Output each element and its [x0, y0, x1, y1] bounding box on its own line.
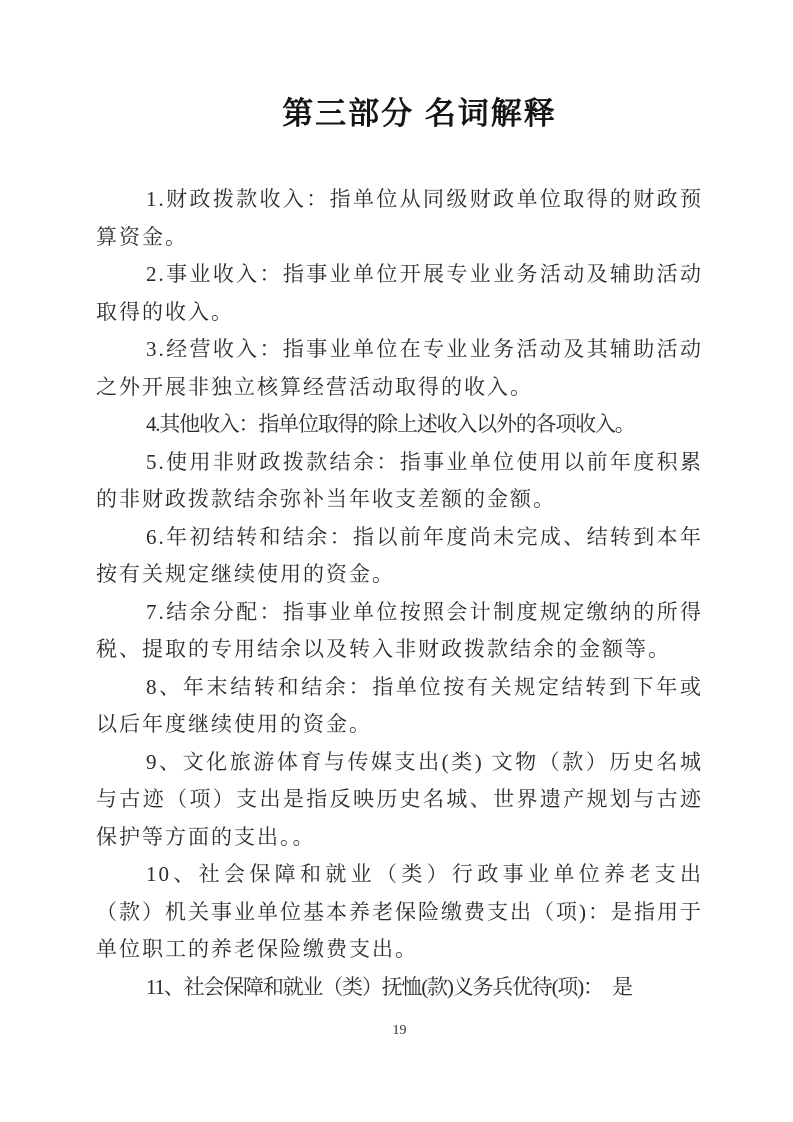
definition-paragraph-6: 6.年初结转和结余：指以前年度尚未完成、结转到本年按有关规定继续使用的资金。: [96, 519, 703, 594]
section-title: 第三部分 名词解释: [96, 94, 703, 134]
page-footer: 19: [96, 1022, 703, 1040]
definition-paragraph-1: 1.财政拨款收入：指单位从同级财政单位取得的财政预算资金。: [96, 181, 703, 256]
definition-paragraph-2: 2.事业收入：指事业单位开展专业业务活动及辅助活动取得的收入。: [96, 256, 703, 331]
definition-paragraph-4: 4.其他收入：指单位取得的除上述收入以外的各项收入。: [96, 406, 703, 444]
definition-paragraph-8: 8、年末结转和结余：指单位按有关规定结转到下年或以后年度继续使用的资金。: [96, 669, 703, 744]
definition-paragraph-11: 11、社会保障和就业（类）抚恤(款)义务兵优待(项)： 是: [96, 969, 703, 1007]
document-page: 第三部分 名词解释 1.财政拨款收入：指单位从同级财政单位取得的财政预算资金。 …: [0, 0, 793, 1122]
definition-paragraph-3: 3.经营收入：指事业单位在专业业务活动及其辅助活动之外开展非独立核算经营活动取得…: [96, 331, 703, 406]
definition-paragraph-9: 9、文化旅游体育与传媒支出(类) 文物（款）历史名城与古迹（项）支出是指反映历史…: [96, 744, 703, 857]
definition-paragraph-7: 7.结余分配：指事业单位按照会计制度规定缴纳的所得税、提取的专用结余以及转入非财…: [96, 594, 703, 669]
definition-paragraph-5: 5.使用非财政拨款结余：指事业单位使用以前年度积累的非财政拨款结余弥补当年收支差…: [96, 444, 703, 519]
definition-paragraph-10: 10、社会保障和就业（类）行政事业单位养老支出（款）机关事业单位基本养老保险缴费…: [96, 856, 703, 969]
page-content: 第三部分 名词解释 1.财政拨款收入：指单位从同级财政单位取得的财政预算资金。 …: [96, 0, 703, 1006]
definitions-list: 1.财政拨款收入：指单位从同级财政单位取得的财政预算资金。 2.事业收入：指事业…: [96, 181, 703, 1006]
page-number: 19: [393, 1023, 407, 1038]
